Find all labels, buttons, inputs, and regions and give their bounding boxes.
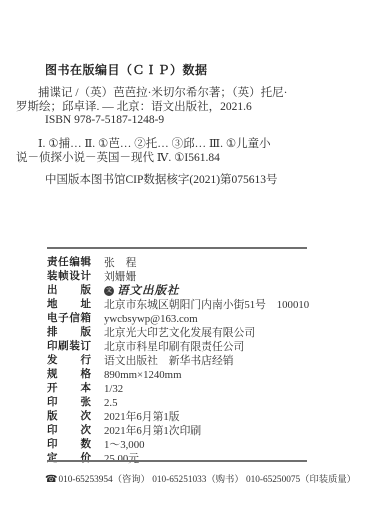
cip-book-description: 捕谍记 /（英）芭芭拉·米切尔希尔著；（英）托尼· 罗斯绘；邱卓译. — 北京：… bbox=[16, 87, 361, 128]
row-value: 语文出版社 新华书店经销 bbox=[104, 354, 234, 368]
colophon-row-sheets: 印张 2.5 bbox=[47, 396, 367, 410]
row-label: 电子信箱 bbox=[47, 312, 91, 326]
row-value: 2021年6月第1版 bbox=[104, 410, 180, 424]
row-label: 印次 bbox=[47, 424, 91, 438]
row-value: 1～3,000 bbox=[104, 438, 145, 452]
colophon-row-distribution: 发行 语文出版社 新华书店经销 bbox=[47, 354, 367, 368]
classification-line: 说－侦探小说－英国－现代 Ⅳ. ①I561.84 bbox=[16, 152, 361, 166]
publisher-logo-icon: 文 bbox=[104, 286, 114, 296]
colophon-row-publisher: 出版 文 语文出版社 bbox=[47, 284, 367, 298]
row-value: 25.00元 bbox=[104, 452, 139, 466]
colophon-row-designer: 装帧设计 刘姗姗 bbox=[47, 270, 367, 284]
colophon-row-impression: 印次 2021年6月第1次印刷 bbox=[47, 424, 367, 438]
row-label: 发行 bbox=[47, 354, 91, 368]
publisher-name-script: 语文出版社 bbox=[117, 284, 180, 298]
cip-copyright-page: 图书在版编目（ＣＩＰ）数据 捕谍记 /（英）芭芭拉·米切尔希尔著；（英）托尼· … bbox=[0, 0, 375, 515]
row-label: 规格 bbox=[47, 368, 91, 382]
row-label: 开本 bbox=[47, 382, 91, 396]
row-label: 印数 bbox=[47, 438, 91, 452]
colophon-row-email: 电子信箱 ywcbsywp@163.com bbox=[47, 312, 367, 326]
cip-book-line: 捕谍记 /（英）芭芭拉·米切尔希尔著；（英）托尼· bbox=[16, 87, 361, 101]
cip-heading: 图书在版编目（ＣＩＰ）数据 bbox=[45, 61, 208, 78]
row-label: 排版 bbox=[47, 326, 91, 340]
colophon-row-edition: 版次 2021年6月第1版 bbox=[47, 410, 367, 424]
row-value: 890mm×1240mm bbox=[104, 368, 181, 382]
row-label: 责任编辑 bbox=[47, 256, 91, 270]
row-label: 装帧设计 bbox=[47, 270, 91, 284]
row-value: 2.5 bbox=[104, 396, 118, 410]
publisher-value: 文 语文出版社 bbox=[104, 284, 180, 298]
colophon-row-editor: 责任编辑 张 程 bbox=[47, 256, 367, 270]
row-value: 2021年6月第1次印刷 bbox=[104, 424, 201, 438]
classification-line: Ⅰ. ①捕… Ⅱ. ①芭… ②托… ③邱… Ⅲ. ①儿童小 bbox=[16, 138, 361, 152]
row-value: 1/32 bbox=[104, 382, 123, 396]
row-value: 北京市科星印刷有限责任公司 bbox=[104, 340, 244, 354]
divider-bottom bbox=[47, 460, 307, 462]
cip-record-number: 中国版本图书馆CIP数据核字(2021)第075613号 bbox=[45, 171, 278, 187]
row-label: 定价 bbox=[47, 452, 91, 466]
hotline-numbers: 010-65253954（咨询） 010-65251033（购书） 010-65… bbox=[58, 475, 356, 485]
isbn-line: ISBN 978-7-5187-1248-9 bbox=[16, 114, 361, 128]
row-label: 地址 bbox=[47, 298, 91, 312]
row-value: 北京光大印艺文化发展有限公司 bbox=[104, 326, 255, 340]
cip-book-line: 罗斯绘；邱卓译. — 北京：语文出版社，2021.6 bbox=[16, 101, 361, 115]
colophon-row-price: 定价 25.00元 bbox=[47, 452, 367, 466]
colophon-row-print-run: 印数 1～3,000 bbox=[47, 438, 367, 452]
divider-top bbox=[47, 247, 307, 249]
row-value: 刘姗姗 bbox=[104, 270, 136, 284]
row-value: 张 程 bbox=[104, 256, 136, 270]
cip-classification: Ⅰ. ①捕… Ⅱ. ①芭… ②托… ③邱… Ⅲ. ①儿童小 说－侦探小说－英国－… bbox=[16, 138, 361, 165]
row-label: 印张 bbox=[47, 396, 91, 410]
phone-icon: ☎ bbox=[45, 474, 57, 485]
publisher-logo-glyph: 文 bbox=[106, 286, 112, 296]
row-value: 北京市东城区朝阳门内南小街51号 100010 bbox=[104, 298, 309, 312]
colophon-row-size: 开本 1/32 bbox=[47, 382, 367, 396]
row-label: 印刷装订 bbox=[47, 340, 91, 354]
row-value: ywcbsywp@163.com bbox=[104, 312, 198, 326]
colophon-row-address: 地址 北京市东城区朝阳门内南小街51号 100010 bbox=[47, 298, 367, 312]
colophon-row-format: 规格 890mm×1240mm bbox=[47, 368, 367, 382]
colophon-table: 责任编辑 张 程 装帧设计 刘姗姗 出版 文 语文出版社 地址 北京市东城区朝阳… bbox=[47, 256, 367, 466]
colophon-row-printing: 印刷装订 北京市科星印刷有限责任公司 bbox=[47, 340, 367, 354]
hotline-footer: ☎010-65253954（咨询） 010-65251033（购书） 010-6… bbox=[45, 471, 356, 485]
colophon-row-typesetting: 排版 北京光大印艺文化发展有限公司 bbox=[47, 326, 367, 340]
row-label: 版次 bbox=[47, 410, 91, 424]
row-label: 出版 bbox=[47, 284, 91, 298]
